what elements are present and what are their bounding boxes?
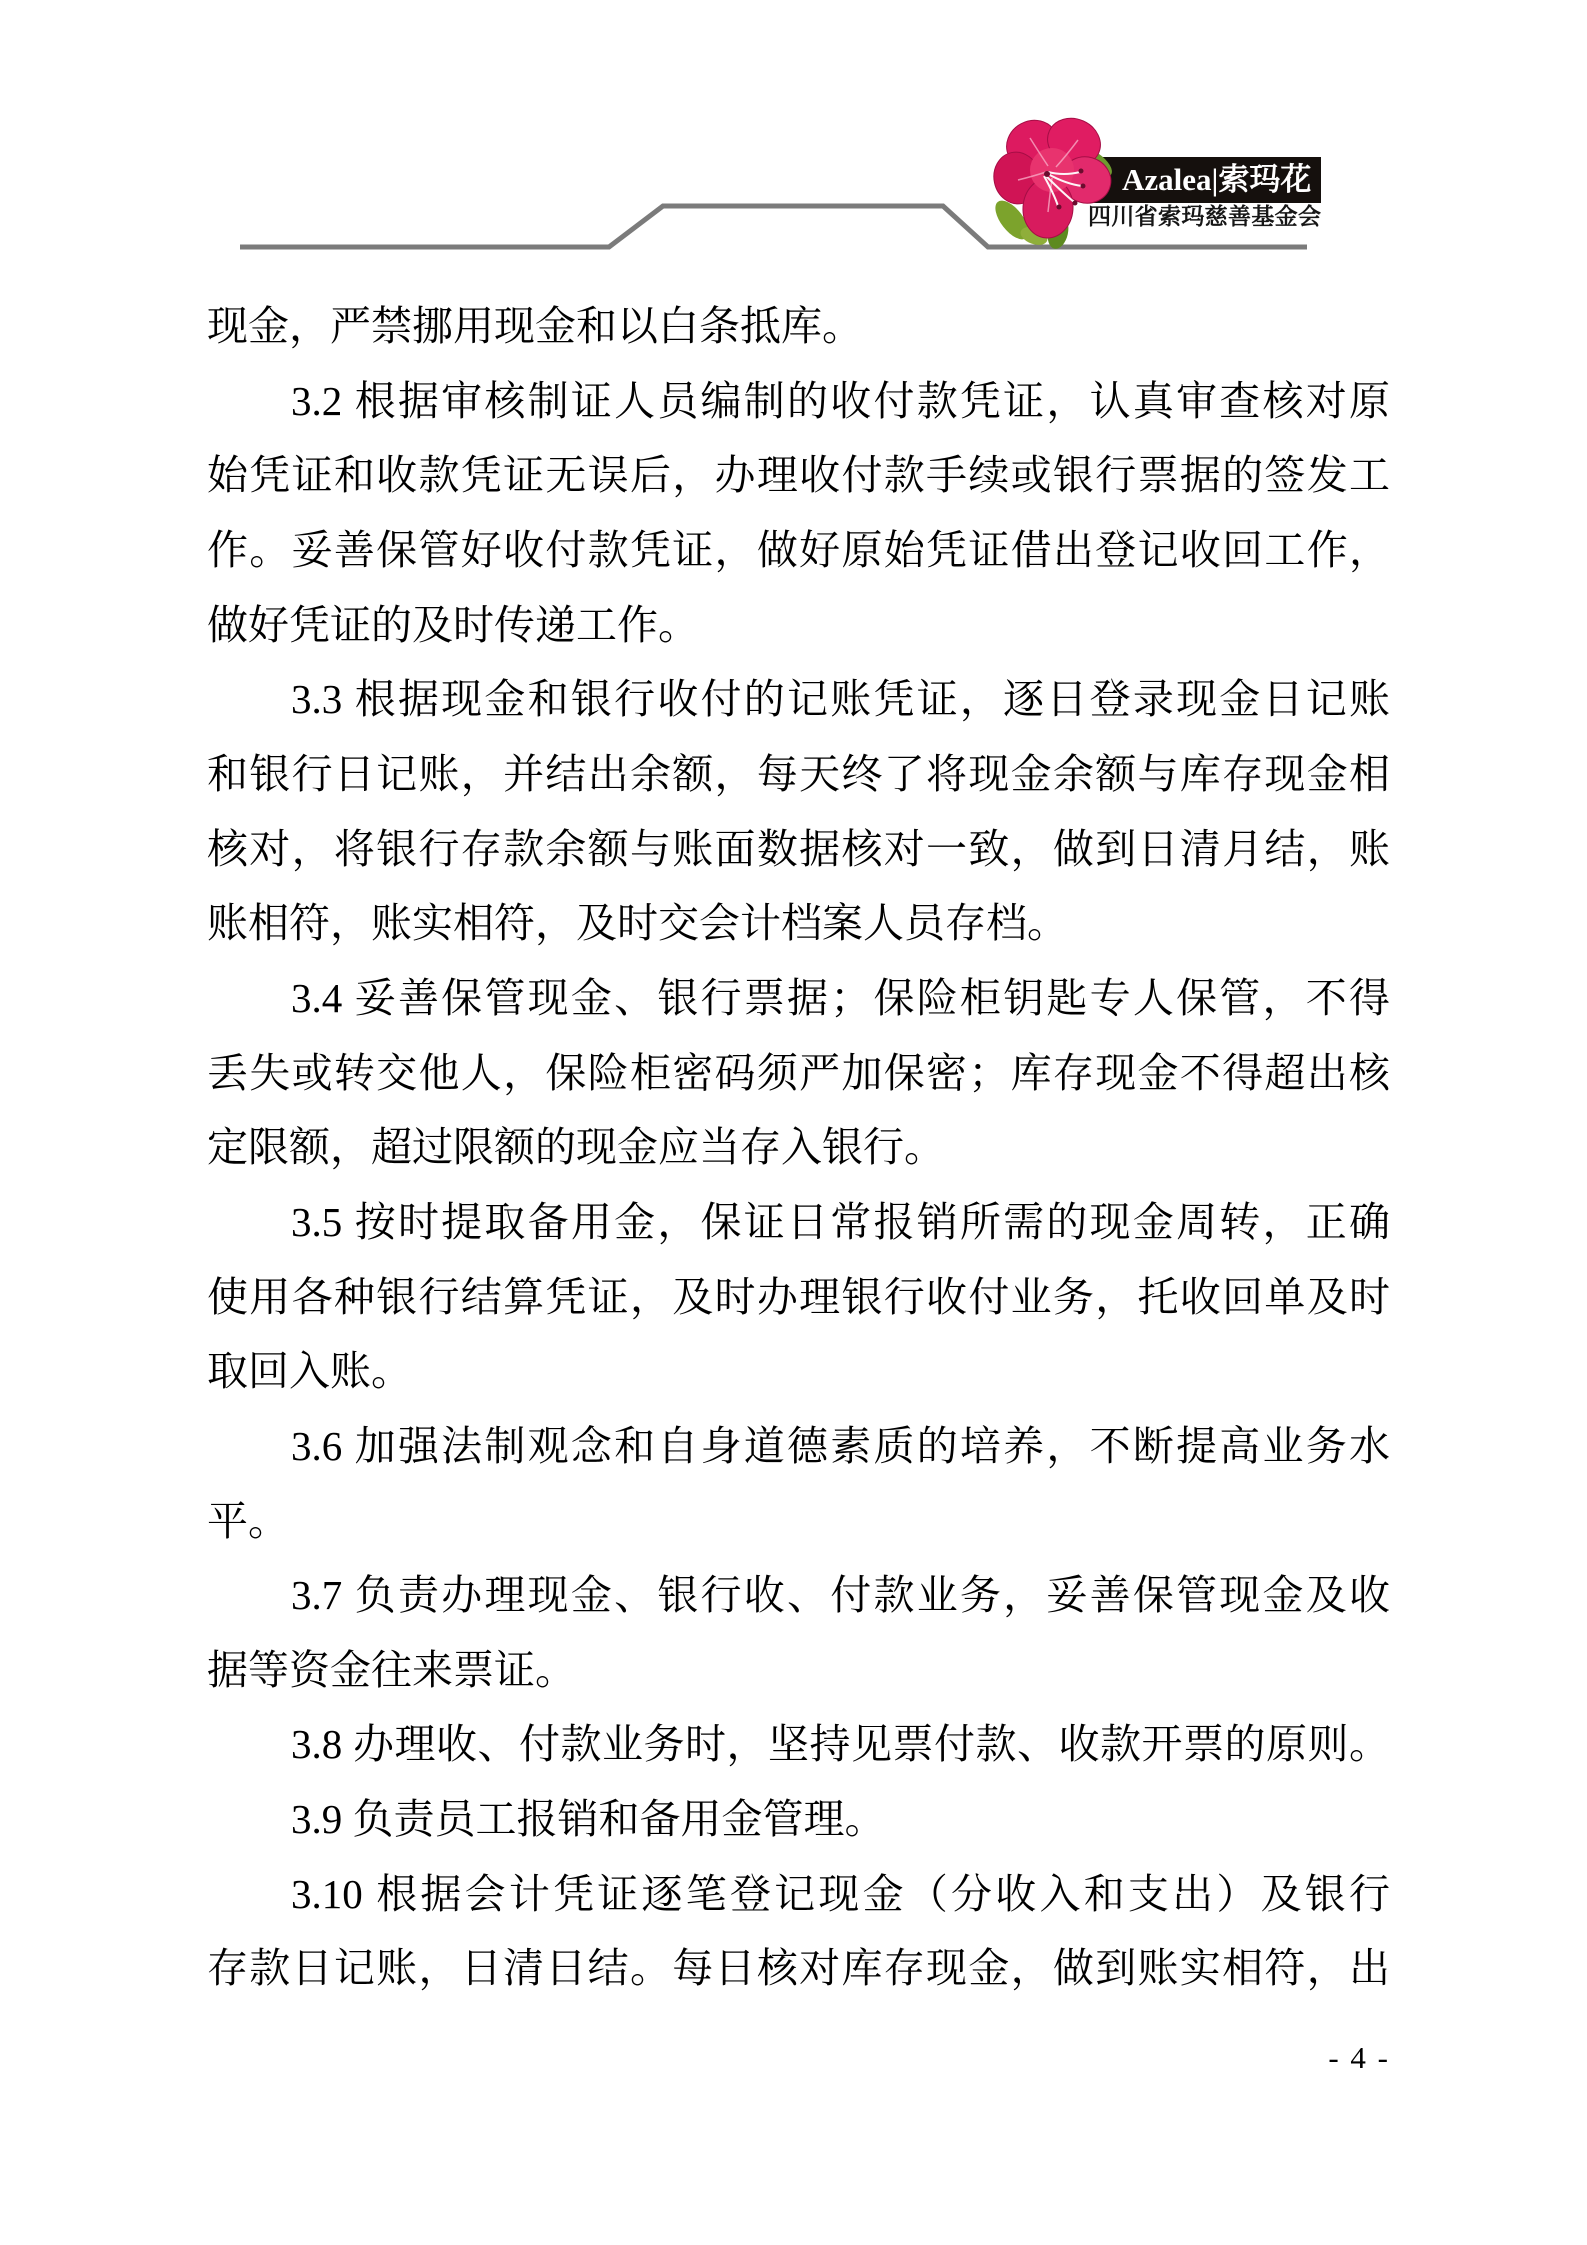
- text-line: 现金，严禁挪用现金和以白条抵库。: [207, 289, 1390, 364]
- text-line: 3.3 根据现金和银行收付的记账凭证，逐日登录现金日记账: [207, 662, 1390, 737]
- text-line: 始凭证和收款凭证无误后，办理收付款手续或银行票据的签发工: [207, 438, 1390, 513]
- text-line: 3.4 妥善保管现金、银行票据；保险柜钥匙专人保管，不得: [207, 961, 1390, 1036]
- logo-brand-box: Azalea|索玛花: [1092, 157, 1321, 203]
- text-line: 存款日记账，日清日结。每日核对库存现金，做到账实相符，出: [207, 1931, 1390, 2006]
- text-line: 取回入账。: [207, 1334, 1390, 1409]
- text-line: 3.2 根据审核制证人员编制的收付款凭证，认真审查核对原: [207, 364, 1390, 439]
- text-line: 丢失或转交他人，保险柜密码须严加保密；库存现金不得超出核: [207, 1036, 1390, 1111]
- text-line: 3.9 负责员工报销和备用金管理。: [207, 1782, 1390, 1857]
- text-line: 3.10 根据会计凭证逐笔登记现金（分收入和支出）及银行: [207, 1857, 1390, 1932]
- azalea-flower-icon: [990, 110, 1125, 250]
- foundation-logo: Azalea|索玛花 四川省索玛慈善基金会: [990, 105, 1330, 250]
- text-line: 3.7 负责办理现金、银行收、付款业务，妥善保管现金及收: [207, 1558, 1390, 1633]
- header-rule-line: [0, 0, 1587, 300]
- text-line: 使用各种银行结算凭证，及时办理银行收付业务，托收回单及时: [207, 1260, 1390, 1335]
- text-line: 3.8 办理收、付款业务时，坚持见票付款、收款开票的原则。: [207, 1707, 1390, 1782]
- text-line: 3.5 按时提取备用金，保证日常报销所需的现金周转，正确: [207, 1185, 1390, 1260]
- text-line: 和银行日记账，并结出余额，每天终了将现金余额与库存现金相: [207, 737, 1390, 812]
- text-line: 平。: [207, 1484, 1390, 1559]
- text-line: 作。妥善保管好收付款凭证，做好原始凭证借出登记收回工作，: [207, 513, 1390, 588]
- document-page: Azalea|索玛花 四川省索玛慈善基金会 现金，严禁挪用现金和以白条抵库。3.…: [0, 0, 1587, 2245]
- document-body: 现金，严禁挪用现金和以白条抵库。3.2 根据审核制证人员编制的收付款凭证，认真审…: [207, 289, 1390, 2006]
- text-line: 据等资金往来票证。: [207, 1633, 1390, 1708]
- text-line: 3.6 加强法制观念和自身道德素质的培养，不断提高业务水: [207, 1409, 1390, 1484]
- text-line: 做好凭证的及时传递工作。: [207, 588, 1390, 663]
- page-number: - 4 -: [207, 2036, 1390, 2080]
- text-line: 账相符，账实相符，及时交会计档案人员存档。: [207, 886, 1390, 961]
- text-line: 定限额，超过限额的现金应当存入银行。: [207, 1110, 1390, 1185]
- text-line: 核对，将银行存款余额与账面数据核对一致，做到日清月结，账: [207, 812, 1390, 887]
